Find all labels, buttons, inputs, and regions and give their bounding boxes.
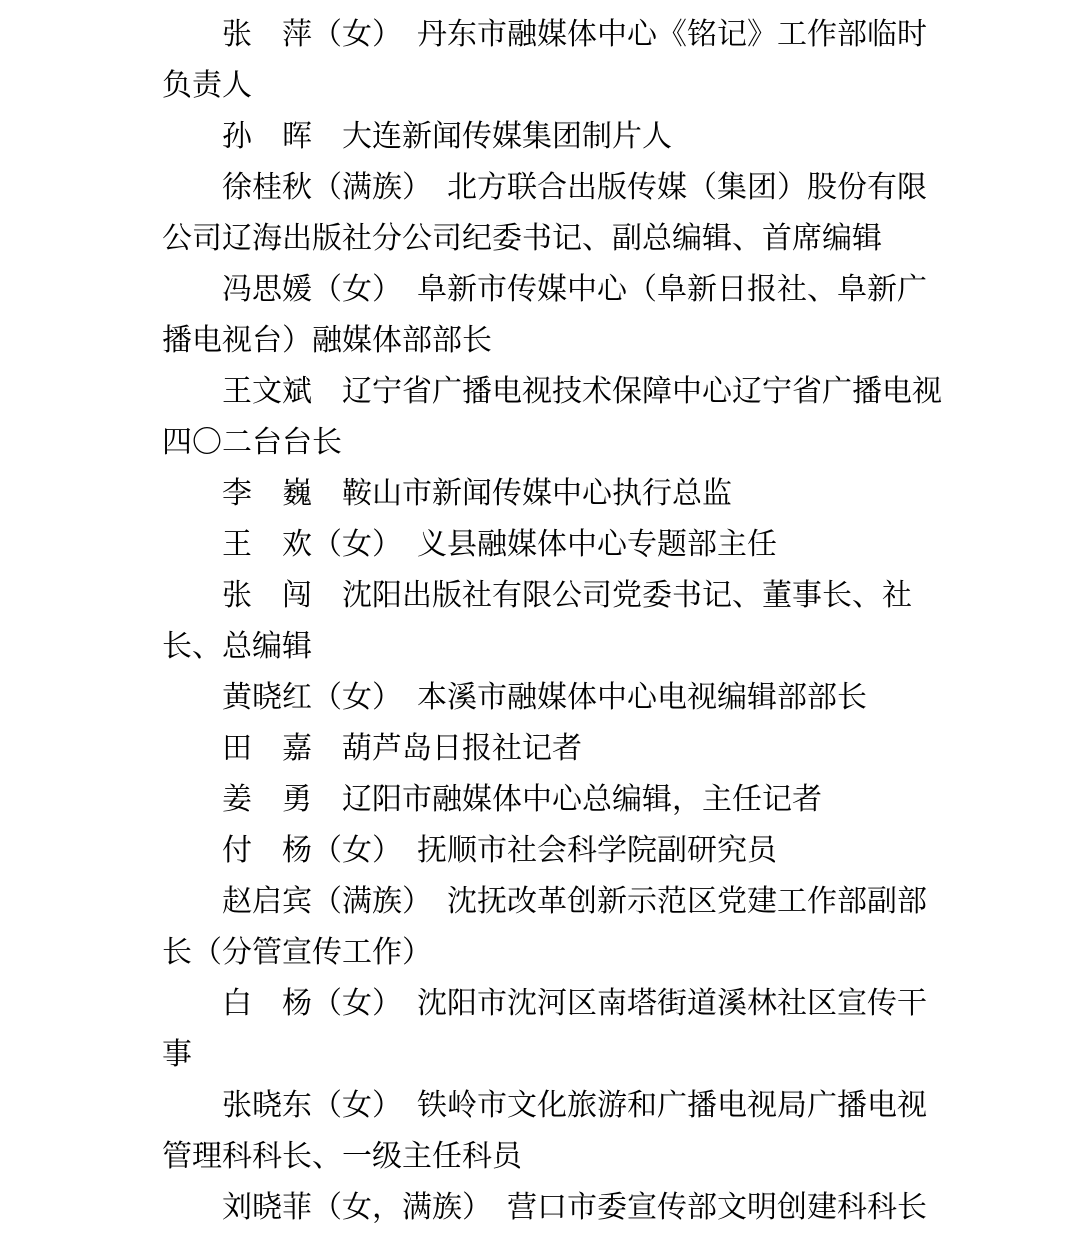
text-line: 刘晓菲（女，满族） 营口市委宣传部文明创建科科长 xyxy=(162,1182,930,1233)
text-line: 李 巍 鞍山市新闻传媒中心执行总监 xyxy=(162,468,930,519)
text-content: 张 萍（女） 丹东市融媒体中心《铭记》工作部临时负责人孙 晖 大连新闻传媒集团制… xyxy=(162,9,930,1233)
text-line: 徐桂秋（满族） 北方联合出版传媒（集团）股份有限 xyxy=(162,162,930,213)
document-page: 张 萍（女） 丹东市融媒体中心《铭记》工作部临时负责人孙 晖 大连新闻传媒集团制… xyxy=(0,0,1080,1233)
text-line: 四〇二台台长 xyxy=(162,417,930,468)
text-line: 孙 晖 大连新闻传媒集团制片人 xyxy=(162,111,930,162)
text-line: 赵启宾（满族） 沈抚改革创新示范区党建工作部副部 xyxy=(162,876,930,927)
text-line: 长（分管宣传工作） xyxy=(162,927,930,978)
text-line: 事 xyxy=(162,1029,930,1080)
text-line: 张晓东（女） 铁岭市文化旅游和广播电视局广播电视 xyxy=(162,1080,930,1131)
text-line: 黄晓红（女） 本溪市融媒体中心电视编辑部部长 xyxy=(162,672,930,723)
text-line: 白 杨（女） 沈阳市沈河区南塔街道溪林社区宣传干 xyxy=(162,978,930,1029)
text-line: 冯思媛（女） 阜新市传媒中心（阜新日报社、阜新广 xyxy=(162,264,930,315)
text-line: 王 欢（女） 义县融媒体中心专题部主任 xyxy=(162,519,930,570)
text-line: 长、总编辑 xyxy=(162,621,930,672)
text-line: 播电视台）融媒体部部长 xyxy=(162,315,930,366)
text-line: 管理科科长、一级主任科员 xyxy=(162,1131,930,1182)
text-line: 姜 勇 辽阳市融媒体中心总编辑，主任记者 xyxy=(162,774,930,825)
text-line: 张 萍（女） 丹东市融媒体中心《铭记》工作部临时 xyxy=(162,9,930,60)
text-line: 负责人 xyxy=(162,60,930,111)
text-line: 王文斌 辽宁省广播电视技术保障中心辽宁省广播电视 xyxy=(162,366,930,417)
text-line: 田 嘉 葫芦岛日报社记者 xyxy=(162,723,930,774)
text-line: 付 杨（女） 抚顺市社会科学院副研究员 xyxy=(162,825,930,876)
text-line: 张 闯 沈阳出版社有限公司党委书记、董事长、社 xyxy=(162,570,930,621)
text-line: 公司辽海出版社分公司纪委书记、副总编辑、首席编辑 xyxy=(162,213,930,264)
